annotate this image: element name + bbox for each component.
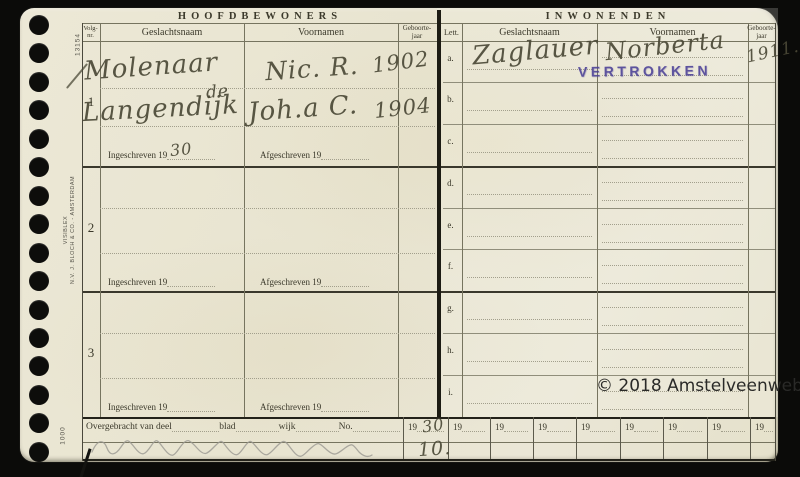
binder-hole [29, 100, 49, 120]
dotted-rule [602, 283, 743, 284]
strip-cell-border [576, 417, 577, 459]
column-header-voornamen-left: Voornamen [244, 27, 398, 38]
blank-rule [462, 421, 485, 432]
row-separator [443, 82, 775, 83]
blank-rule [634, 421, 658, 432]
blank-rule [721, 421, 745, 432]
pencil-note-scribble [88, 436, 398, 462]
letter-e: e. [440, 220, 461, 230]
blank-rule [236, 421, 279, 432]
year-cell-3: 19 [495, 421, 528, 432]
dotted-rule [602, 116, 743, 117]
year-cell-7: 19 [668, 421, 702, 432]
dotted-rule [602, 182, 743, 183]
binder-hole [29, 15, 49, 35]
column-header-lett: Lett. [441, 28, 462, 37]
dotted-rule [467, 361, 592, 362]
vertical-rule [462, 23, 463, 417]
blank-rule [547, 421, 571, 432]
year-cell-2: 19 [453, 421, 485, 432]
dotted-rule [100, 333, 435, 334]
printer-brand: VISIBLEX N.V. J. BLOCH & CO. - AMSTERDAM [63, 165, 77, 295]
dotted-rule [602, 265, 743, 266]
dotted-rule [467, 236, 592, 237]
left-section-title: HOOFDBEWONERS [110, 11, 410, 22]
letter-b: b. [440, 94, 461, 104]
letter-c: c. [440, 136, 461, 146]
dotted-rule [467, 110, 592, 111]
hw-strip-number-10: 10. [417, 437, 452, 461]
vertical-rule [597, 23, 598, 417]
blank-rule [167, 401, 215, 412]
year-cell-8: 19 [712, 421, 745, 432]
blank-rule [167, 276, 215, 287]
letter-i: i. [440, 387, 461, 397]
vertical-rule [82, 23, 83, 461]
letter-a: a. [440, 53, 461, 63]
dotted-rule [100, 253, 435, 254]
row-separator [443, 124, 775, 125]
letter-f: f. [440, 261, 461, 271]
binder-hole [29, 214, 49, 234]
binder-hole [29, 157, 49, 177]
binder-hole [29, 300, 49, 320]
center-divider [437, 10, 441, 417]
binder-hole [29, 328, 49, 348]
afgeschreven-row-1: Afgeschreven 19 [260, 149, 400, 160]
transfer-label: Overgebracht van deel [86, 422, 172, 432]
strip-cell-border [663, 417, 664, 459]
ingeschreven-row-2: Ingeschreven 19 [108, 276, 248, 287]
dotted-rule [467, 319, 592, 320]
dotted-rule [100, 208, 435, 209]
hw-surname-molenaar: Molenaar [83, 47, 219, 86]
serial-number-bottom: 1000 [60, 406, 67, 466]
year-cell-9: 19 [755, 421, 773, 432]
strip-cell-border [490, 417, 491, 459]
transfer-row: Overgebracht van deel blad wijk No. [86, 421, 400, 432]
blank-rule [590, 421, 615, 432]
horizontal-rule [82, 291, 775, 293]
hw-birthyear-1902: 1902 [371, 47, 431, 78]
blad-label: blad [219, 422, 235, 432]
dotted-rule [100, 378, 435, 379]
hw-ingeschreven-year-30: 30 [169, 139, 193, 160]
binder-hole [29, 413, 49, 433]
letter-g: g. [440, 303, 461, 313]
blank-rule [504, 421, 528, 432]
dotted-rule [602, 367, 743, 368]
row-separator [443, 249, 775, 250]
binder-hole [29, 385, 49, 405]
dotted-rule [467, 194, 592, 195]
serial-number-top: 13154 [75, 15, 82, 75]
dotted-rule [602, 98, 743, 99]
hw-firstnames-joha: Joh.a C. [247, 90, 359, 128]
dotted-rule [602, 158, 743, 159]
vertical-rule [244, 23, 245, 417]
registration-card: 13154 VISIBLEX N.V. J. BLOCH & CO. - AMS… [20, 8, 778, 462]
blank-rule [321, 401, 369, 412]
year-cell-6: 19 [625, 421, 658, 432]
binder-hole [29, 186, 49, 206]
dotted-rule [602, 224, 743, 225]
dotted-rule [602, 349, 743, 350]
blank-rule [677, 421, 702, 432]
dotted-rule [602, 200, 743, 201]
scan-background: 13154 VISIBLEX N.V. J. BLOCH & CO. - AMS… [0, 0, 800, 477]
blank-rule [321, 276, 369, 287]
horizontal-rule [82, 166, 775, 168]
blank-rule [764, 421, 773, 432]
dotted-rule [100, 88, 435, 89]
binder-hole [29, 129, 49, 149]
dotted-rule [602, 242, 743, 243]
vertrokken-stamp: VERTROKKEN [578, 62, 711, 79]
letter-d: d. [440, 178, 461, 188]
ingeschreven-row-3: Ingeschreven 19 [108, 401, 248, 412]
binder-hole [29, 43, 49, 63]
dotted-rule [602, 325, 743, 326]
hw-birthyear-1904: 1904 [373, 93, 433, 123]
wijk-label: wijk [279, 422, 296, 432]
blank-rule [353, 421, 400, 432]
strip-cell-border [750, 417, 751, 459]
letter-h: h. [440, 345, 461, 355]
row-separator [443, 208, 775, 209]
dotted-rule [602, 307, 743, 308]
blank-rule [172, 421, 219, 432]
hw-surname-langendijk: Langendijk [81, 90, 239, 128]
row-separator [443, 333, 775, 334]
dotted-rule [467, 403, 592, 404]
blank-rule [296, 421, 339, 432]
block-number-2: 2 [82, 220, 100, 236]
afgeschreven-row-2: Afgeschreven 19 [260, 276, 400, 287]
strip-cell-border [533, 417, 534, 459]
dotted-rule [602, 409, 743, 410]
column-header-geboortejaar-right: Geboorte- jaar [747, 25, 776, 40]
strip-cell-border [620, 417, 621, 459]
block-number-3: 3 [82, 345, 100, 361]
vertical-rule [748, 23, 749, 417]
column-header-volgnr: Volg- nr. [80, 25, 101, 39]
binder-hole [29, 72, 49, 92]
dotted-rule [602, 140, 743, 141]
binder-hole [29, 243, 49, 263]
binder-hole [29, 442, 49, 462]
printer-company: N.V. J. BLOCH & CO. - AMSTERDAM [70, 165, 77, 295]
afgeschreven-row-3: Afgeschreven 19 [260, 401, 400, 412]
year-cell-4: 19 [538, 421, 571, 432]
no-label: No. [339, 422, 353, 432]
year-cell-5: 19 [581, 421, 615, 432]
copyright-watermark: © 2018 Amstelveenweb.com [596, 376, 800, 396]
dotted-rule [467, 152, 592, 153]
vertical-rule [398, 23, 399, 417]
column-header-geboortejaar-left: Geboorte- jaar [397, 25, 437, 40]
hw-firstnames-nic: Nic. R. [264, 51, 359, 86]
strip-cell-border [707, 417, 708, 459]
dotted-rule [467, 277, 592, 278]
blank-rule [321, 149, 369, 160]
strip-cell-border [403, 417, 404, 459]
binder-hole [29, 356, 49, 376]
brand-name: VISIBLEX [63, 165, 70, 295]
column-header-geslachtsnaam-left: Geslachtsnaam [100, 27, 244, 38]
binder-hole [29, 271, 49, 291]
hw-strip-year-30: 30 [421, 415, 446, 437]
right-section-title: INWONENDEN [458, 11, 758, 22]
